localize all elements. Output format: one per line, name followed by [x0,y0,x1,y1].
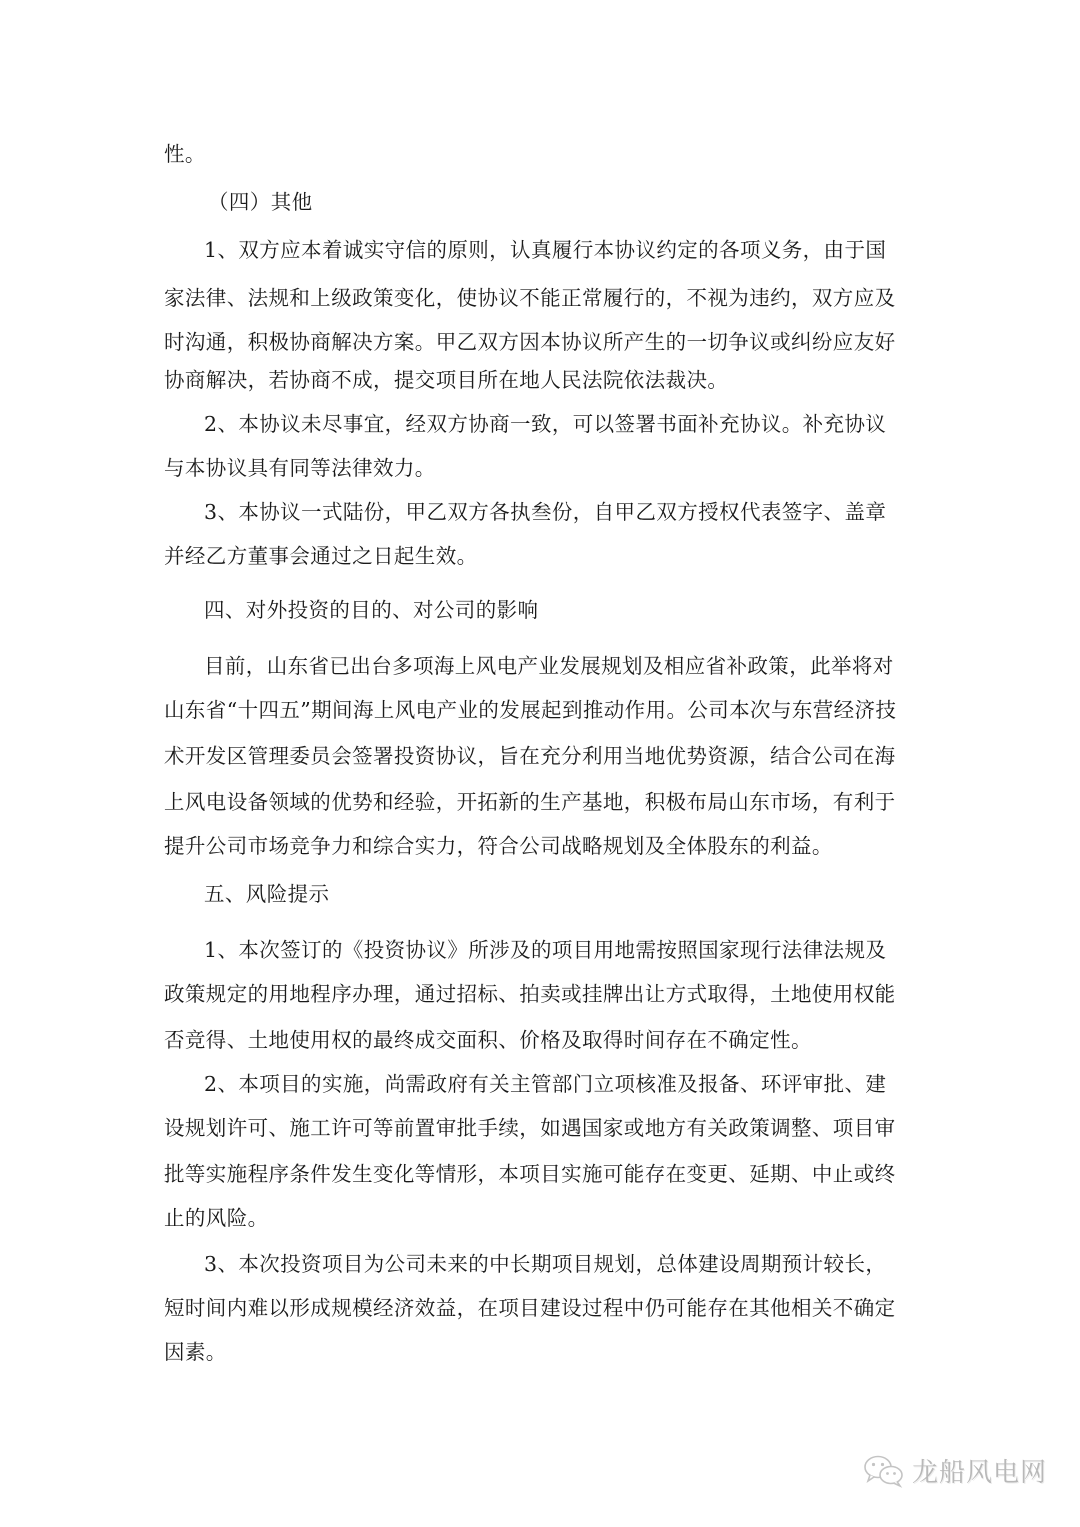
paragraph-line: 因素。 [164,1338,227,1366]
paragraph-line: 提升公司市场竞争力和综合实力，符合公司战略规划及全体股东的利益。 [164,832,833,860]
section-heading-investment-purpose: 四、对外投资的目的、对公司的影响 [204,596,538,624]
wechat-icon [862,1453,906,1489]
paragraph-line: 政策规定的用地程序办理，通过招标、拍卖或挂牌出让方式取得，土地使用权能 [164,980,896,1008]
paragraph-line: 3、本协议一式陆份，甲乙双方各执叁份，自甲乙双方授权代表签字、盖章 [204,498,886,526]
paragraph-line: 目前，山东省已出台多项海上风电产业发展规划及相应省补政策，此举将对 [204,652,894,680]
paragraph-line: 短时间内难以形成规模经济效益，在项目建设过程中仍可能存在其他相关不确定 [164,1294,896,1322]
paragraph-line: 止的风险。 [164,1204,269,1232]
section-heading-other: （四）其他 [208,188,313,216]
paragraph-line: 时沟通，积极协商解决方案。甲乙双方因本协议所产生的一切争议或纠纷应友好 [164,328,896,356]
paragraph-line: 3、本次投资项目为公司未来的中长期项目规划，总体建设周期预计较长， [204,1250,886,1278]
paragraph-line: 上风电设备领域的优势和经验，开拓新的生产基地，积极布局山东市场，有利于 [164,788,896,816]
paragraph-line: 术开发区管理委员会签署投资协议，旨在充分利用当地优势资源，结合公司在海 [164,742,896,770]
section-heading-risk-notice: 五、风险提示 [204,880,329,908]
paragraph-line: 否竞得、土地使用权的最终成交面积、价格及取得时间存在不确定性。 [164,1026,812,1054]
watermark: 龙船风电网 [862,1452,1047,1489]
paragraph-line: 并经乙方董事会通过之日起生效。 [164,542,478,570]
paragraph-line: 山东省“十四五”期间海上风电产业的发展起到推动作用。公司本次与东营经济技 [164,696,896,724]
paragraph-line: 2、本项目的实施，尚需政府有关主管部门立项核准及报备、环评审批、建 [204,1070,886,1098]
paragraph-line: 1、双方应本着诚实守信的原则，认真履行本协议约定的各项义务，由于国 [204,236,886,264]
paragraph-line: 协商解决，若协商不成，提交项目所在地人民法院依法裁决。 [164,366,728,394]
paragraph-line: 1、本次签订的《投资协议》所涉及的项目用地需按照国家现行法律法规及 [204,936,886,964]
paragraph-line: 家法律、法规和上级政策变化，使协议不能正常履行的，不视为违约，双方应及 [164,284,896,312]
paragraph-line: 批等实施程序条件发生变化等情形，本项目实施可能存在变更、延期、中止或终 [164,1160,896,1188]
watermark-text: 龙船风电网 [912,1452,1047,1489]
paragraph-line: 设规划许可、施工许可等前置审批手续，如遇国家或地方有关政策调整、项目审 [164,1114,896,1142]
paragraph-line: 与本协议具有同等法律效力。 [164,454,436,482]
paragraph-line: 2、本协议未尽事宜，经双方协商一致，可以签署书面补充协议。补充协议 [204,410,886,438]
text-line: 性。 [164,140,206,168]
